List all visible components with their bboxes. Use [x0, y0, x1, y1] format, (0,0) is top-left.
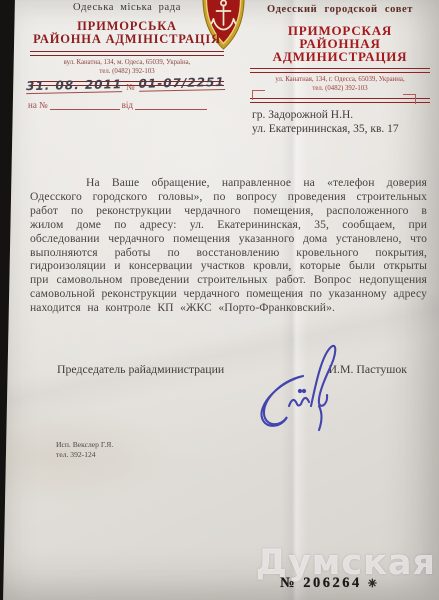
council-name-ru: Одесский городской совет	[246, 4, 434, 15]
signer-position: Председатель райадминистрации	[57, 362, 224, 377]
addressee-name: гр. Задорожной Н.Н.	[252, 109, 422, 123]
blank-line	[135, 99, 207, 110]
reply-label: на №	[26, 100, 50, 110]
letterhead-right: Одесский городской совет ПРИМОРСКАЯ РАЙО…	[246, 4, 434, 103]
executor-name: Исп. Векслер Г.Я.	[56, 440, 113, 450]
document-photo: Одеська міська рада ПРИМОРСЬКА РАЙОННА А…	[0, 0, 439, 600]
addressee-address: ул. Екатерининская, 35, кв. 17	[252, 123, 422, 137]
outgoing-number-row: 31. 08. 2011 № 01-07/2251	[26, 75, 230, 94]
handwritten-date: 31. 08. 2011	[26, 77, 123, 93]
corner-mark-icon	[252, 90, 265, 100]
reply-date-label: від	[120, 100, 135, 110]
reply-reference-row: на № від	[26, 99, 230, 110]
rule	[250, 68, 430, 73]
executor-block: Исп. Векслер Г.Я. тел. 392-124	[56, 440, 113, 460]
org-name-ru: ПРИМОРСКАЯ РАЙОННАЯ АДМИНИСТРАЦИЯ	[246, 24, 434, 63]
org-address-uk: вул. Канатна, 134, м. Одеса, 65039, Укра…	[26, 59, 228, 76]
corner-mark-icon	[403, 94, 416, 104]
number-sign: №	[122, 82, 139, 92]
executor-phone: тел. 392-124	[56, 450, 113, 460]
addressee-block: гр. Задорожной Н.Н. ул. Екатерининская, …	[252, 90, 422, 136]
letter-body: На Ваше обращение, направленное на «теле…	[30, 176, 427, 315]
handwritten-signature	[253, 340, 349, 440]
council-name-uk: Одеська міська рада	[26, 2, 228, 13]
body-paragraph: На Ваше обращение, направленное на «теле…	[30, 176, 427, 315]
handwritten-number: 01-07/2251	[138, 75, 224, 91]
asterisk-icon: ✳	[368, 578, 377, 590]
reference-block: 31. 08. 2011 № 01-07/2251 на № від	[26, 77, 230, 110]
stamp-number: № 206264✳	[280, 575, 377, 592]
blank-line	[50, 99, 120, 110]
stamp-number-text: № 206264	[280, 575, 362, 591]
signature-row: Председатель райадминистрации И.М. Пасту…	[57, 362, 407, 377]
org-name-uk: ПРИМОРСЬКА РАЙОННА АДМІНІСТРАЦІЯ	[26, 20, 228, 46]
rule	[30, 51, 224, 56]
letterhead-left: Одеська міська рада ПРИМОРСЬКА РАЙОННА А…	[26, 2, 228, 86]
